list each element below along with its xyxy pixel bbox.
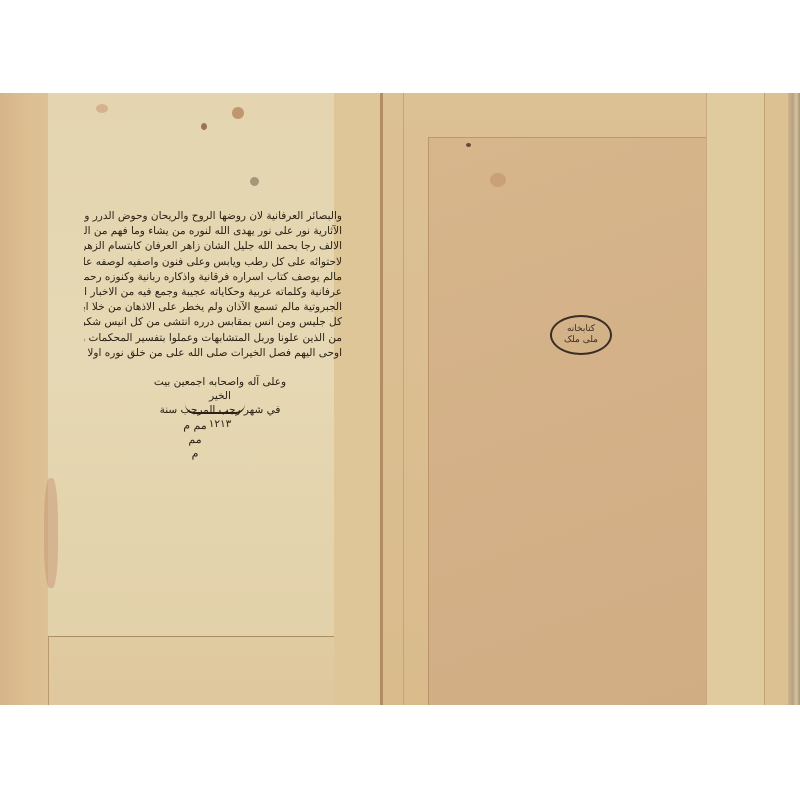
seal-line: کتابخانه [567,324,595,335]
seal-line: ملی ملک [564,335,598,346]
end-mark: م [160,447,230,461]
water-stain [96,104,108,113]
text-line: من الذين علونا وربل المتشابهات وعملوا بت… [84,331,342,346]
manuscript-text-block: والبصائر العرفانية لان روضها الروح والري… [84,209,342,361]
end-mark: مم [160,433,230,447]
end-mark: مم م [160,419,230,433]
library-seal-stamp: کتابخانه ملی ملک [550,315,612,355]
closing-flourish [185,404,245,414]
gutter-fold [380,93,383,705]
colophon-line: وعلى آله واصحابه اجمعين بيت الخير [150,375,290,403]
right-guard-strip [706,93,765,705]
ink-stain [250,177,259,186]
text-line: والبصائر العرفانية لان روضها الروح والري… [84,209,342,224]
ink-stain [232,107,244,119]
text-line: الآثارية نور على نور يهدى الله لنوره من … [84,224,342,239]
manuscript-spread: والبصائر العرفانية لان روضها الروح والري… [0,93,800,705]
water-stain [490,173,506,187]
text-line: لاحتوائه على كل رطب ويابس وعلى فنون واصف… [84,255,342,270]
ink-stain [201,123,207,130]
end-marks: مم م مم م [160,419,230,461]
left-guard-strip [334,93,380,705]
right-inner-page [428,137,707,705]
text-line: الالف رجا بحمد الله جليل الشان زاهر العر… [84,239,342,254]
gutter-edge [403,93,404,705]
ink-stain [466,143,471,147]
fore-edge [788,93,800,705]
left-binding-margin [0,93,48,705]
text-line: عرفانية وكلماته عربية وحكاياته عجيبة وجم… [84,285,342,300]
right-outer-strip [764,93,789,705]
left-inner-page [48,93,335,637]
water-stain [44,478,58,588]
text-line: الجبروتية مالم تسمع الآذان ولم يخطر على … [84,300,342,315]
text-line: مالم يوصف كتاب اسراره فرقانية واذكاره رب… [84,270,342,285]
text-line: كل جليس ومن انس بمقابس درره انتشى من كل … [84,315,342,330]
text-line: اوحى اليهم فصل الخيرات صلى الله على من خ… [84,346,342,361]
